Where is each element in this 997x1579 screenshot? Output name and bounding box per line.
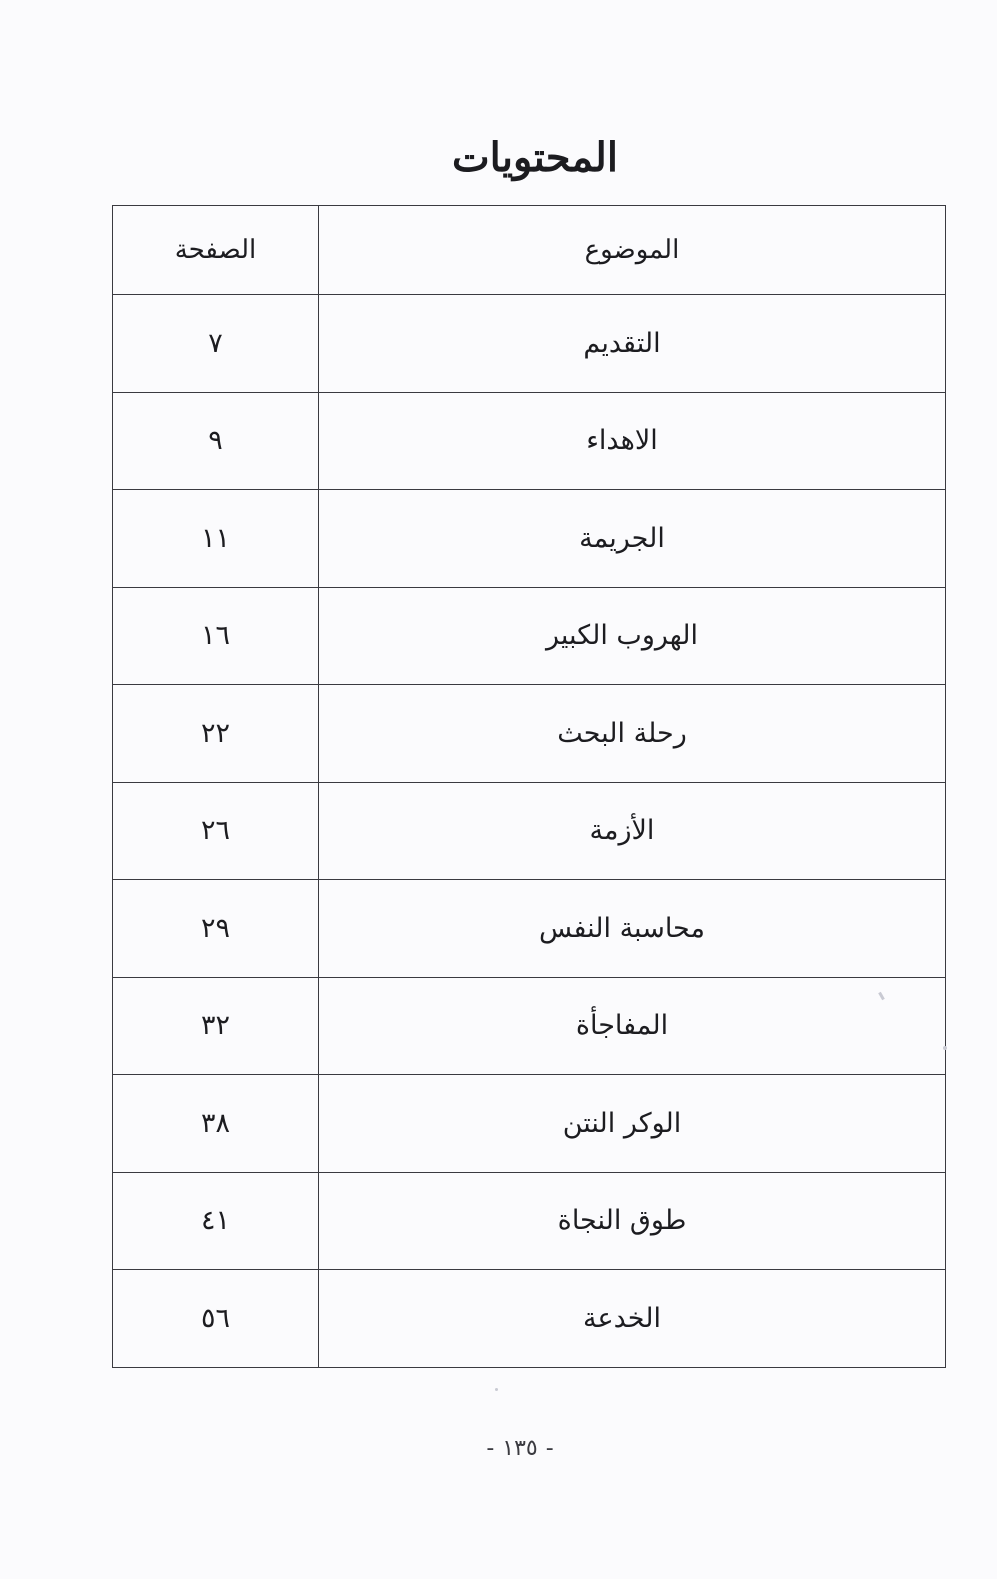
topic-cell: الهروب الكبير bbox=[319, 587, 946, 685]
table-row: الهروب الكبير ١٦ bbox=[113, 587, 946, 685]
topic-label: الخدعة bbox=[583, 1303, 661, 1334]
table-row: طوق النجاة ٤١ bbox=[113, 1172, 946, 1270]
scan-speck bbox=[495, 1388, 498, 1391]
topic-label: المفاجأة bbox=[576, 1010, 668, 1041]
table-row: المفاجأة ٣٢ bbox=[113, 977, 946, 1075]
table-row: رحلة البحث ٢٢ bbox=[113, 685, 946, 783]
topic-label: التقديم bbox=[583, 328, 660, 359]
page-number-cell: ١٦ bbox=[113, 587, 319, 685]
topic-label: رحلة البحث bbox=[557, 718, 687, 749]
header-page: الصفحة bbox=[113, 206, 319, 295]
table-row: الأزمة ٢٦ bbox=[113, 782, 946, 880]
table-row: الوكر النتن ٣٨ bbox=[113, 1075, 946, 1173]
page-number-cell: ١١ bbox=[113, 490, 319, 588]
page-number-cell: ٧ bbox=[113, 295, 319, 393]
header-topic: الموضوع bbox=[319, 206, 946, 295]
table-row: التقديم ٧ bbox=[113, 295, 946, 393]
page-number-cell: ٣٨ bbox=[113, 1075, 319, 1173]
topic-cell: الوكر النتن bbox=[319, 1075, 946, 1173]
topic-cell: الاهداء bbox=[319, 392, 946, 490]
topic-cell: التقديم bbox=[319, 295, 946, 393]
page-number-cell: ٤١ bbox=[113, 1172, 319, 1270]
table-row: محاسبة النفس ٢٩ bbox=[113, 880, 946, 978]
page-title: المحتويات bbox=[0, 128, 997, 188]
page-number-cell: ٢٩ bbox=[113, 880, 319, 978]
topic-label: الاهداء bbox=[586, 425, 658, 456]
topic-label: الأزمة bbox=[590, 815, 655, 846]
table-row: الخدعة ٥٦ bbox=[113, 1270, 946, 1368]
topic-label: محاسبة النفس bbox=[539, 913, 705, 944]
topic-cell: طوق النجاة bbox=[319, 1172, 946, 1270]
topic-label: الجريمة bbox=[579, 523, 665, 554]
footer-dash-left: - bbox=[546, 1436, 554, 1461]
topic-cell: المفاجأة bbox=[319, 977, 946, 1075]
page-number-cell: ٢٢ bbox=[113, 685, 319, 783]
page-number-cell: ٣٢ bbox=[113, 977, 319, 1075]
table-row: الاهداء ٩ bbox=[113, 392, 946, 490]
topic-label: الهروب الكبير bbox=[546, 620, 698, 651]
page-number-cell: ٢٦ bbox=[113, 782, 319, 880]
table-row: الجريمة ١١ bbox=[113, 490, 946, 588]
table-of-contents: الموضوع الصفحة التقديم ٧ الاهداء ٩ الجري… bbox=[112, 205, 946, 1368]
topic-label: الوكر النتن bbox=[563, 1108, 682, 1139]
page-number-cell: ٩ bbox=[113, 392, 319, 490]
scan-speck bbox=[943, 1046, 947, 1050]
page-number: ١٣٥ bbox=[502, 1436, 537, 1461]
topic-cell: رحلة البحث bbox=[319, 685, 946, 783]
page-number-cell: ٥٦ bbox=[113, 1270, 319, 1368]
footer-dash-right: - bbox=[486, 1436, 494, 1461]
topic-cell: محاسبة النفس bbox=[319, 880, 946, 978]
table-header-row: الموضوع الصفحة bbox=[113, 206, 946, 295]
page-footer: -١٣٥- bbox=[0, 1436, 997, 1461]
topic-cell: الخدعة bbox=[319, 1270, 946, 1368]
topic-cell: الأزمة bbox=[319, 782, 946, 880]
topic-cell: الجريمة bbox=[319, 490, 946, 588]
topic-label: طوق النجاة bbox=[558, 1205, 687, 1236]
